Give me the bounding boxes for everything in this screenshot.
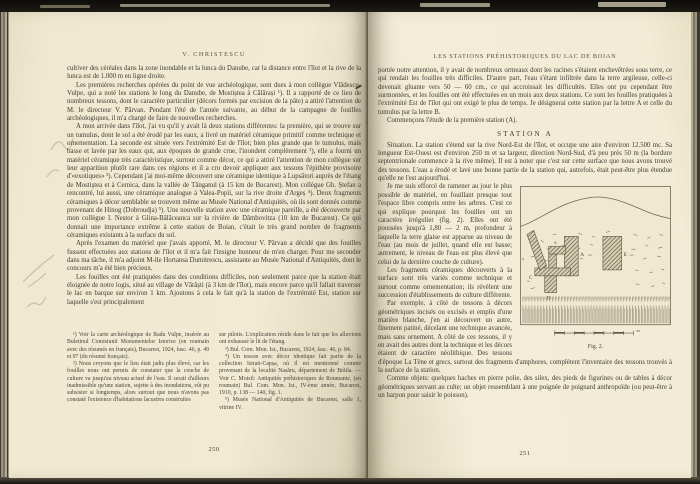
body-paragraph: Les fouilles ont été pratiquées dans des… (67, 274, 361, 307)
scale-bar (555, 331, 634, 336)
body-paragraph: portée notre attention, il y avait de no… (378, 67, 672, 117)
book-right-edge (691, 12, 700, 480)
section-heading: STATION A (378, 130, 672, 138)
body-paragraph: A mon arrivée dans l'îlot, j'ai vu qu'il… (67, 123, 361, 240)
body-paragraph: Les premières recherches opérées du poin… (67, 82, 361, 124)
label-e: e (541, 258, 543, 263)
footnote-column-1: ¹) Voir la carte archéologique de Radu V… (67, 332, 209, 412)
excavation-plan-drawing: A b C D E a e (519, 184, 672, 342)
trench-b (549, 247, 566, 255)
body-paragraph: Situation. La station s'étend sur la riv… (378, 142, 672, 184)
pencil-margin-annotation (17, 122, 73, 352)
footnote-column-2: sur pilotis. L'explication réside dans l… (219, 332, 361, 412)
right-page-body: portée notre attention, il y avait de no… (378, 67, 672, 453)
left-page-body: cultiver des céréales dans la zone inond… (67, 65, 361, 323)
reed-fringe (521, 297, 669, 324)
footnote: ⁴) Un tesson avec décor identique fait p… (219, 354, 361, 398)
body-paragraph: Comme objets: quelques haches en pierre … (378, 375, 672, 400)
footnotes: ¹) Voir la carte archéologique de Radu V… (67, 332, 361, 412)
page-number-left: 250 (67, 446, 361, 453)
book-left-edge (0, 12, 9, 480)
left-page: V. CHRISTESCU cultiver des céréales dans… (9, 12, 368, 478)
running-head-left: V. CHRISTESCU (67, 51, 361, 58)
body-paragraph: Commençons l'étude de la première statio… (378, 117, 672, 125)
page-edge-highlight (598, 2, 666, 7)
trench-E (603, 237, 622, 271)
page-edge-highlight (420, 3, 490, 7)
body-paragraph: cultiver des céréales dans la zone inond… (67, 65, 361, 82)
scanned-book-spread: V. CHRISTESCU cultiver des céréales dans… (0, 0, 700, 484)
figure-2: A b C D E a e (519, 184, 672, 351)
footnote: ⁵) Musée National d'Antiquités de Bucare… (219, 397, 361, 412)
footnote: ¹) Voir la carte archéologique de Radu V… (67, 332, 209, 361)
footnote-continuation: sur pilotis. L'explication réside dans l… (219, 332, 361, 347)
trench-L (549, 255, 557, 271)
running-head-right: LES STATIONS PRÉHISTORIQUES DU LAC DE BO… (378, 53, 672, 60)
trench-D (545, 276, 557, 293)
page-number-right: 251 (378, 450, 672, 457)
page-edge-highlight (40, 5, 90, 8)
right-page: LES STATIONS PRÉHISTORIQUES DU LAC DE BO… (368, 12, 691, 478)
footnote: ³) Bul. Com. Mon. Ist., Bucarest, 1924, … (219, 347, 361, 354)
body-paragraph: Après l'examen du matériel que j'avais a… (67, 240, 361, 273)
book-bottom-edge (0, 477, 700, 484)
footnote: ²) Nous croyons que le lieu était jadis … (67, 361, 209, 405)
page-edge-highlight (120, 4, 330, 7)
label-A: A (580, 253, 584, 259)
figure-caption: Fig. 2. (519, 343, 672, 351)
label-a: a (522, 257, 524, 262)
scale-unit-label: m (636, 329, 640, 334)
label-C: C (529, 275, 533, 281)
